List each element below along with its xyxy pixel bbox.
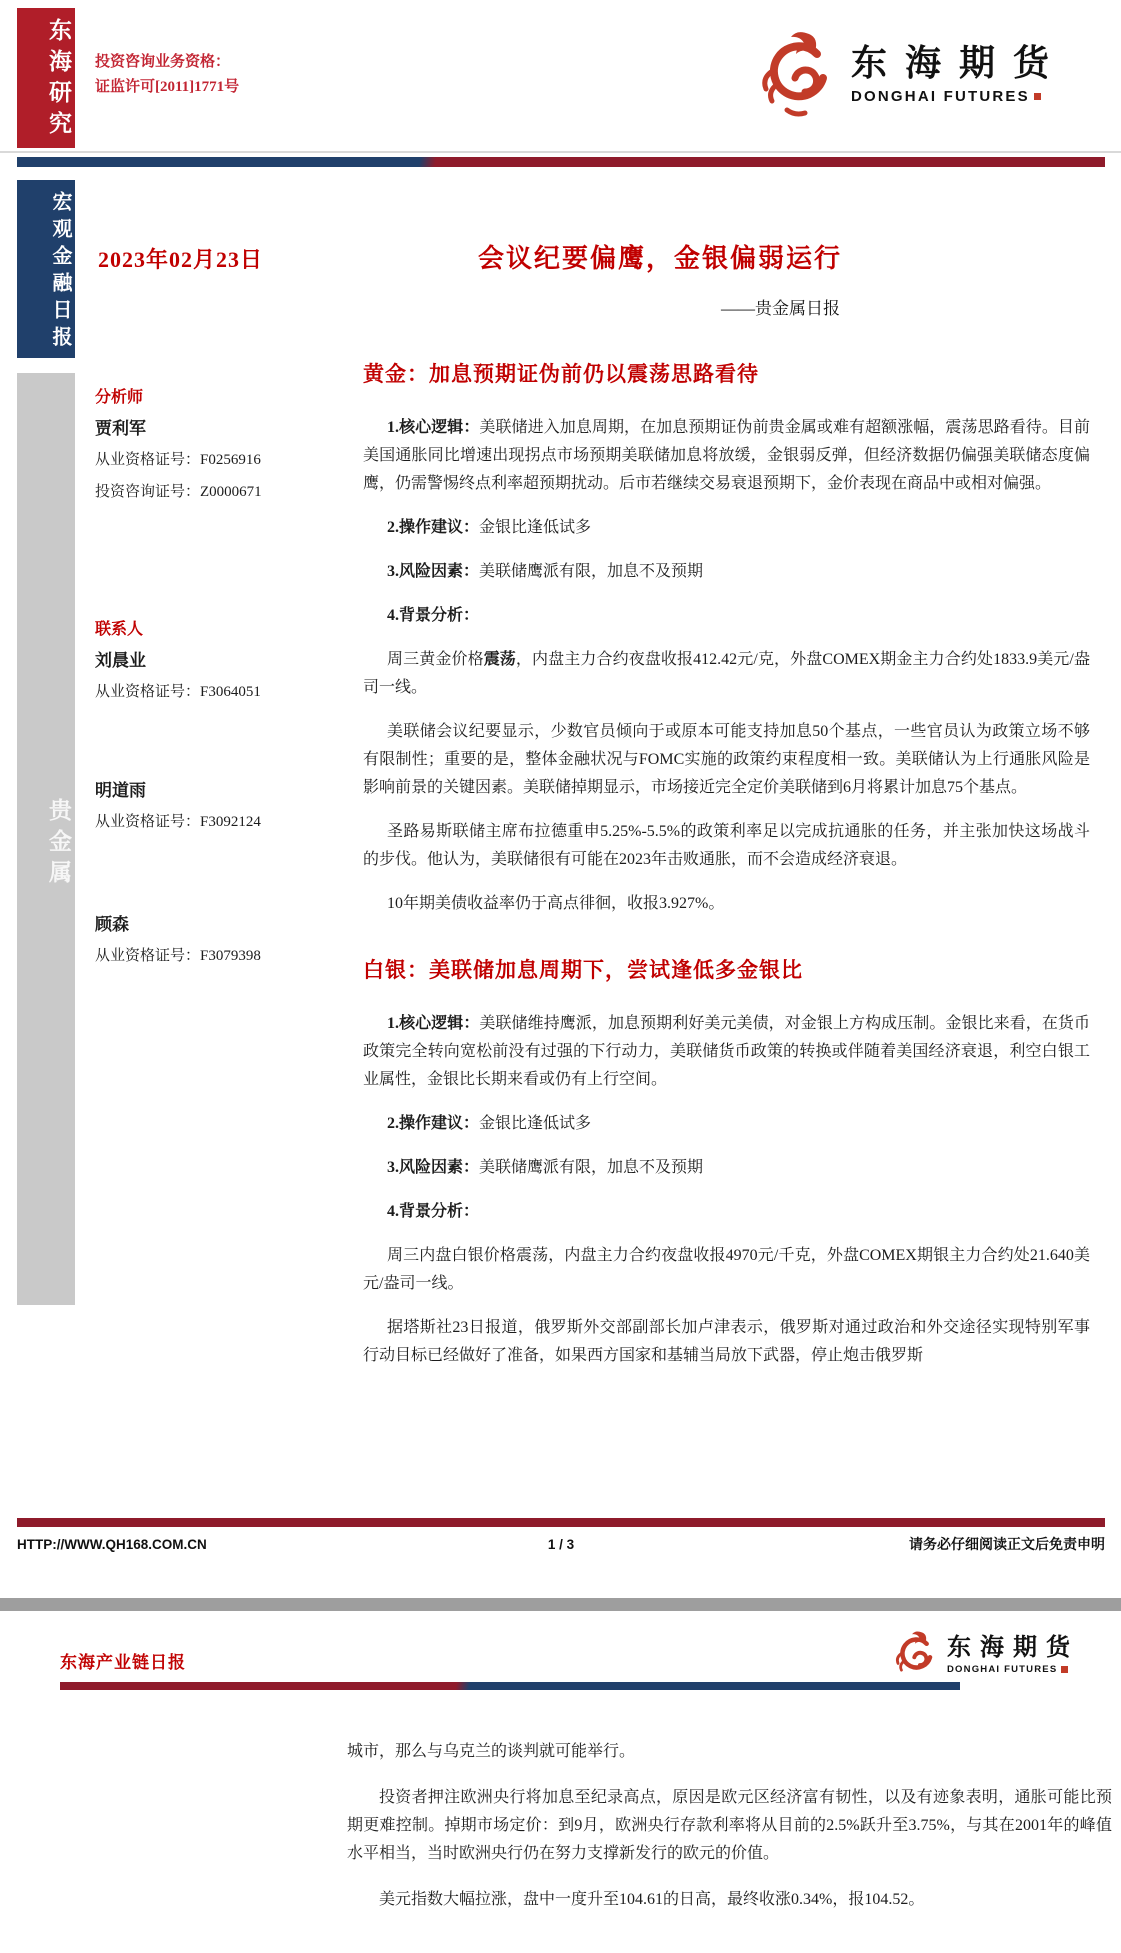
text-run: 美联储会议纪要显示，少数官员倾向于或原本可能支持加息50个基点，一些官员认为政策… (363, 723, 1090, 796)
page2-body: 城市，那么与乌克兰的谈判就可能举行。投资者押注欧洲央行将加息至纪录高点，原因是欧… (347, 1738, 1112, 1932)
section-item: 1.核心逻辑：美联储进入加息周期，在加息预期证伪前贵金属或难有超额涨幅，震荡思路… (363, 414, 1090, 498)
logo-en-text: DONGHAI FUTURES (851, 88, 1067, 105)
text-run: 圣路易斯联储主席布拉德重申5.25%-5.5%的政策利率足以完成抗通胀的任务，并… (363, 823, 1090, 868)
background-paragraph: 周三黄金价格震荡，内盘主力合约夜盘收报412.42元/克，外盘COMEX期金主力… (363, 646, 1090, 702)
company-logo-small: 东海期货 DONGHAI FUTURES (893, 1628, 1079, 1682)
contacts-label: 联系人 (95, 616, 143, 639)
company-logo: 东海期货 DONGHAI FUTURES (757, 26, 1067, 122)
text-run: 周三内盘白银价格震荡，内盘主力合约夜盘收报4970元/千克，外盘COMEX期银主… (363, 1247, 1090, 1292)
analyst-cert-2: 投资咨询证号：Z0000671 (95, 480, 262, 501)
footer-divider-bar (17, 1518, 1105, 1527)
page-footer: HTTP://WWW.QH168.COM.CN 1 / 3 请务必仔细阅读正文后… (17, 1534, 1105, 1554)
logo-cn-text: 东海期货 (947, 1635, 1079, 1663)
dragon-logo-icon (757, 26, 839, 122)
credential-line2: 证监许可[2011]1771号 (95, 75, 239, 100)
text-run: 10年期美债收益率仍于高点徘徊，收报3.927%。 (387, 895, 724, 912)
item-label: 4.背景分析： (387, 1203, 479, 1220)
background-paragraph: 圣路易斯联储主席布拉德重申5.25%-5.5%的政策利率足以完成抗通胀的任务，并… (363, 818, 1090, 874)
footer-disclaimer: 请务必仔细阅读正文后免责申明 (742, 1534, 1105, 1554)
contact-name: 明道雨 (95, 776, 146, 801)
section-title: 白银：美联储加息周期下，尝试逢低多金银比 (363, 954, 1090, 984)
contact-cert: 从业资格证号：F3079398 (95, 944, 261, 965)
dragon-logo-icon (893, 1628, 939, 1682)
background-paragraph: 周三内盘白银价格震荡，内盘主力合约夜盘收报4970元/千克，外盘COMEX期银主… (363, 1242, 1090, 1298)
section-title: 黄金：加息预期证伪前仍以震荡思路看待 (363, 358, 1090, 388)
item-label: 2.操作建议： (387, 519, 479, 536)
footer-url-link[interactable]: HTTP://WWW.QH168.COM.CN (17, 1537, 380, 1552)
logo-cn-text: 东海期货 (851, 43, 1067, 84)
analyst-cert-1: 从业资格证号：F0256916 (95, 448, 261, 469)
page-separator (0, 1598, 1121, 1611)
item-label: 4.背景分析： (387, 607, 479, 624)
page2-header-title: 东海产业链日报 (60, 1648, 186, 1673)
page2-paragraph: 投资者押注欧洲央行将加息至纪录高点，原因是欧元区经济富有韧性，以及有迹象表明，通… (347, 1784, 1112, 1868)
page2-paragraph: 美元指数大幅拉涨，盘中一度升至104.61的日高，最终收涨0.34%，报104.… (347, 1886, 1112, 1914)
logo-en-label: DONGHAI FUTURES (851, 88, 1030, 105)
section-item: 2.操作建议：金银比逢低试多 (363, 514, 1090, 542)
page2-header-divider-bar (60, 1682, 960, 1690)
analyst-label: 分析师 (95, 384, 143, 407)
logo-en-label: DONGHAI FUTURES (947, 1664, 1057, 1675)
contact-name: 顾森 (95, 910, 129, 935)
section-item: 1.核心逻辑：美联储维持鹰派，加息预期利好美元美债，对金银上方构成压制。金银比来… (363, 1010, 1090, 1094)
report-body: 黄金：加息预期证伪前仍以震荡思路看待1.核心逻辑：美联储进入加息周期，在加息预期… (363, 346, 1090, 1386)
report-subtitle: ——贵金属日报 (640, 294, 840, 319)
section-item: 2.操作建议：金银比逢低试多 (363, 1110, 1090, 1138)
contact-cert: 从业资格证号：F3064051 (95, 680, 261, 701)
license-credentials: 投资咨询业务资格： 证监许可[2011]1771号 (95, 50, 239, 100)
text-run: 周三黄金价格 (387, 651, 484, 668)
header-divider-bar (17, 157, 1105, 167)
background-paragraph: 美联储会议纪要显示，少数官员倾向于或原本可能支持加息50个基点，一些官员认为政策… (363, 718, 1090, 802)
item-label: 3.风险因素： (387, 1159, 479, 1176)
analyst-name: 贾利军 (95, 414, 146, 439)
report-date: 2023年02月23日 (98, 243, 263, 274)
credential-line1: 投资咨询业务资格： (95, 50, 239, 75)
text-run: 据塔斯社23日报道，俄罗斯外交部副部长加卢津表示，俄罗斯对通过政治和外交途径实现… (363, 1319, 1090, 1364)
section-item: 4.背景分析： (363, 1198, 1090, 1226)
item-label: 1.核心逻辑： (387, 1015, 479, 1032)
item-label: 1.核心逻辑： (387, 419, 479, 436)
background-paragraph: 10年期美债收益率仍于高点徘徊，收报3.927%。 (363, 890, 1090, 918)
page2-paragraph: 城市，那么与乌克兰的谈判就可能举行。 (347, 1738, 1112, 1766)
report-type-vertical-banner: 宏观金融日报 (17, 180, 75, 358)
section-item: 3.风险因素：美联储鹰派有限，加息不及预期 (363, 1154, 1090, 1182)
logo-red-square (1034, 93, 1041, 100)
header-hairline (0, 151, 1121, 153)
contact-cert: 从业资格证号：F3092124 (95, 810, 261, 831)
section-item: 3.风险因素：美联储鹰派有限，加息不及预期 (363, 558, 1090, 586)
section-item: 4.背景分析： (363, 602, 1090, 630)
research-vertical-banner: 东海研究 (17, 8, 75, 148)
background-paragraph: 据塔斯社23日报道，俄罗斯外交部副部长加卢津表示，俄罗斯对通过政治和外交途径实现… (363, 1314, 1090, 1370)
item-label: 3.风险因素： (387, 563, 479, 580)
logo-en-text: DONGHAI FUTURES (947, 1664, 1079, 1675)
report-title: 会议纪要偏鹰，金银偏弱运行 (290, 238, 1030, 275)
category-vertical-banner: 贵金属 (17, 373, 75, 1305)
logo-red-square (1061, 1666, 1068, 1673)
page-number: 1 / 3 (380, 1537, 743, 1552)
item-label: 2.操作建议： (387, 1115, 479, 1132)
contact-name: 刘晨业 (95, 646, 146, 671)
bold-run: 震荡 (484, 651, 516, 668)
